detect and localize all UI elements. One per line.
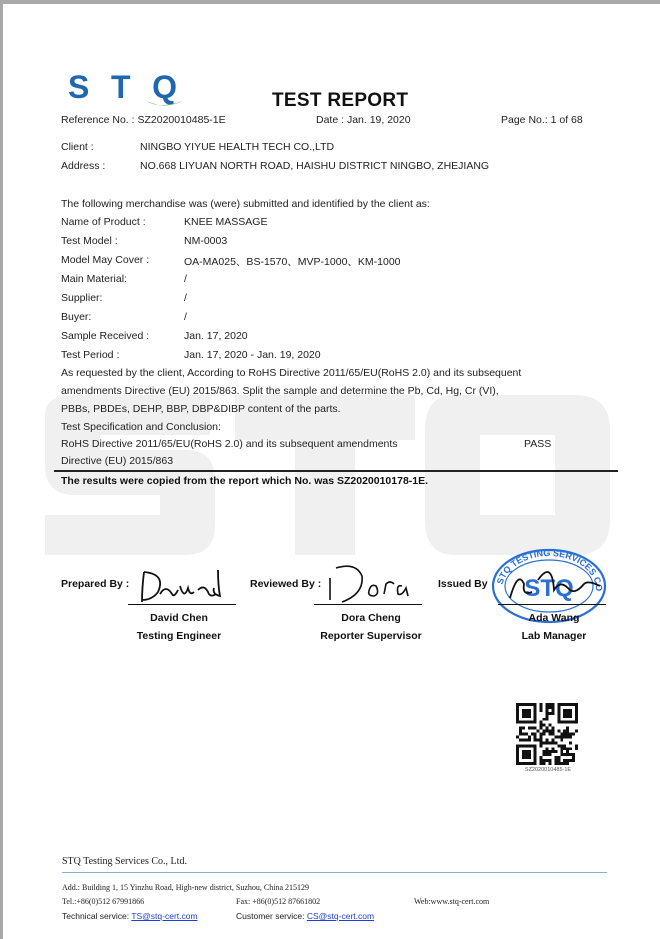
field-label: Supplier: xyxy=(61,292,102,304)
issued-by-line xyxy=(498,604,606,605)
footer-divider xyxy=(62,872,607,873)
reviewed-by-name: Dora Cheng xyxy=(311,612,431,624)
footer-fax: Fax: +86(0)512 87661802 xyxy=(236,897,320,906)
prepared-by-line xyxy=(128,604,236,605)
svg-text:STQ: STQ xyxy=(68,70,181,105)
field-label: Test Model : xyxy=(61,235,118,247)
field-value: Jan. 17, 2020 - Jan. 19, 2020 xyxy=(184,349,321,361)
page-label: Page No.: xyxy=(501,114,548,126)
technical-service-email-link[interactable]: TS@stq-cert.com xyxy=(131,911,197,921)
issued-by-name: Ada Wang xyxy=(494,612,614,624)
field-label: Main Material: xyxy=(61,273,127,285)
page-frame-left xyxy=(0,0,3,939)
field-value: / xyxy=(184,292,187,304)
footer-web: Web:www.stq-cert.com xyxy=(414,897,489,906)
page-frame-top xyxy=(0,0,660,4)
field-label: Buyer: xyxy=(61,311,91,323)
dora-signature xyxy=(316,560,426,606)
field-value: KNEE MASSAGE xyxy=(184,216,267,228)
conclusion-heading: Test Specification and Conclusion: xyxy=(61,421,221,433)
field-label: Test Period : xyxy=(61,349,119,361)
client-value: NINGBO YIYUE HEALTH TECH CO.,LTD xyxy=(140,141,334,153)
field-label: Name of Product : xyxy=(61,216,146,228)
request-line: amendments Directive (EU) 2015/863. Spli… xyxy=(61,385,499,397)
field-value: Jan. 17, 2020 xyxy=(184,330,248,342)
conclusion-divider xyxy=(54,470,618,472)
field-value: NM-0003 xyxy=(184,235,227,247)
address-label: Address : xyxy=(61,160,105,172)
reference-value: SZ2020010485-1E xyxy=(137,114,225,126)
report-title: TEST REPORT xyxy=(272,90,408,112)
footer-tel: Tel.:+86(0)512 67991866 xyxy=(62,897,144,906)
reference-number: Reference No. : SZ2020010485-1E xyxy=(61,114,226,126)
prepared-by-name: David Chen xyxy=(119,612,239,624)
date-label: Date : xyxy=(316,114,344,126)
spec-line: Directive (EU) 2015/863 xyxy=(61,455,173,467)
issued-by-title: Lab Manager xyxy=(494,630,614,642)
footer-technical-service: Technical service: TS@stq-cert.com xyxy=(62,911,198,921)
technical-service-label: Technical service: xyxy=(62,911,129,921)
footer-customer-service: Customer service: CS@stq-cert.com xyxy=(236,911,374,921)
reviewed-by-line xyxy=(314,604,422,605)
conclusion-result: PASS xyxy=(524,438,551,450)
reviewed-by-title: Reporter Supervisor xyxy=(311,630,431,642)
page-number: Page No.: 1 of 68 xyxy=(501,114,583,126)
date-value: Jan. 19, 2020 xyxy=(347,114,411,126)
reference-label: Reference No. : xyxy=(61,114,135,126)
field-value: / xyxy=(184,311,187,323)
copied-note: The results were copied from the report … xyxy=(61,475,428,487)
customer-service-email-link[interactable]: CS@stq-cert.com xyxy=(307,911,374,921)
reviewed-by-label: Reviewed By : xyxy=(250,578,321,590)
request-line: As requested by the client, According to… xyxy=(61,367,521,379)
field-label: Sample Received : xyxy=(61,330,149,342)
client-label: Client : xyxy=(61,141,94,153)
customer-service-label: Customer service: xyxy=(236,911,305,921)
spec-line: RoHS Directive 2011/65/EU(RoHS 2.0) and … xyxy=(61,438,398,450)
david-signature xyxy=(138,566,238,606)
field-value: / xyxy=(184,273,187,285)
footer-company: STQ Testing Services Co., Ltd. xyxy=(62,856,187,867)
issued-by-label: Issued By xyxy=(438,578,488,590)
address-value: NO.668 LIYUAN NORTH ROAD, HAISHU DISTRIC… xyxy=(140,160,489,172)
request-line: PBBs, PBDEs, DEHP, BBP, DBP&DIBP content… xyxy=(61,403,341,415)
field-value: OA-MA025、BS-1570、MVP-1000、KM-1000 xyxy=(184,254,401,269)
prepared-by-label: Prepared By : xyxy=(61,578,129,590)
stq-logo: STQ xyxy=(68,70,188,110)
footer-address: Add.: Building 1, 15 Yinzhu Road, High-n… xyxy=(62,883,309,892)
prepared-by-title: Testing Engineer xyxy=(119,630,239,642)
qr-caption: SZ2020010485-1E xyxy=(516,767,580,773)
svg-text:STQ: STQ xyxy=(524,575,573,602)
merchandise-intro: The following merchandise was (were) sub… xyxy=(61,198,430,210)
page-value: 1 of 68 xyxy=(551,114,583,126)
report-date: Date : Jan. 19, 2020 xyxy=(316,114,411,126)
field-label: Model May Cover : xyxy=(61,254,149,266)
qr-code xyxy=(516,703,578,765)
